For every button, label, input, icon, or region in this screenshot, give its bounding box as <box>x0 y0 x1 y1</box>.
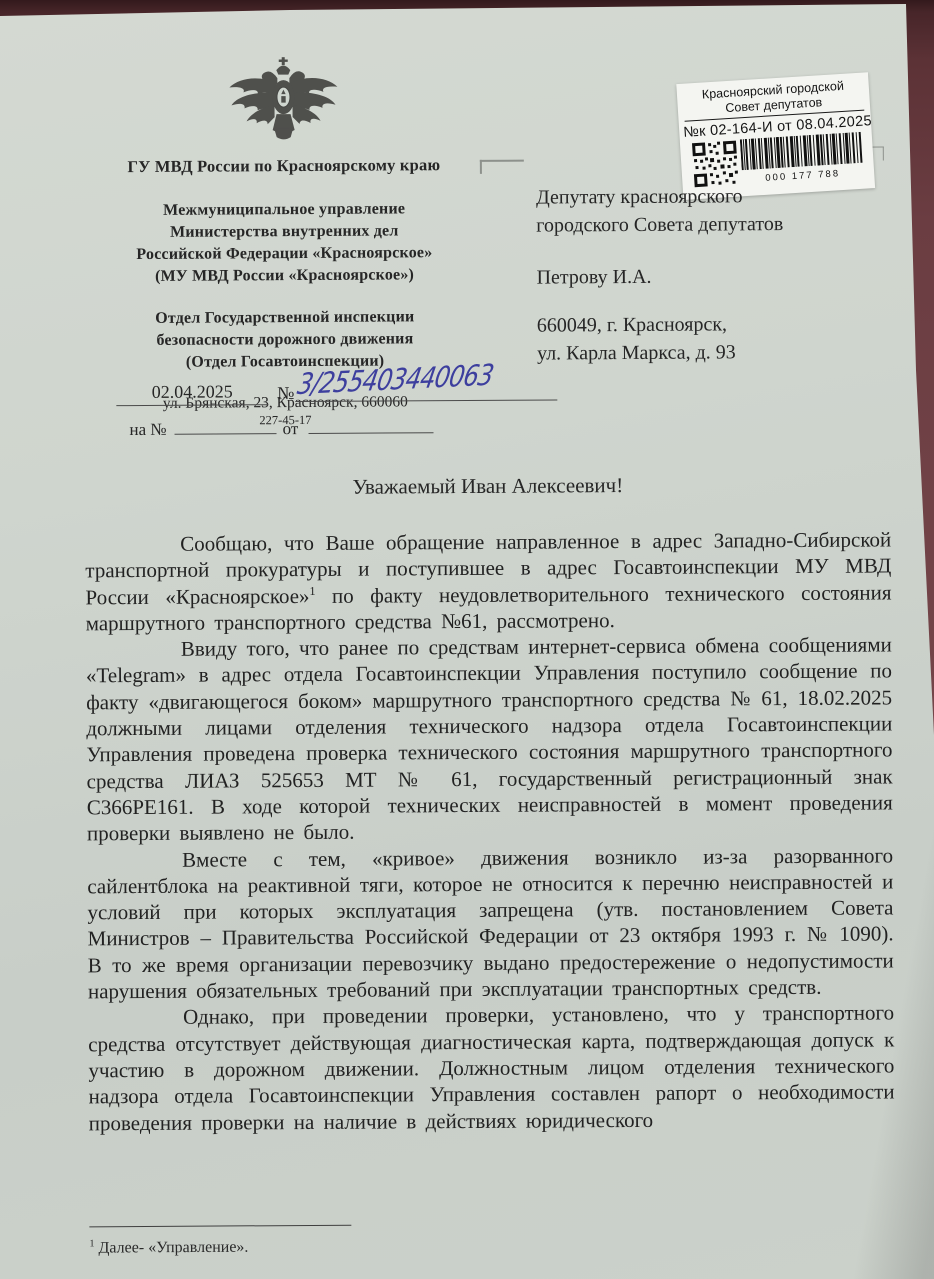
paragraph-2: Ввиду того, что ранее по средствам интер… <box>86 632 893 847</box>
org-name-block: Межмуниципальное управление Министерства… <box>58 198 511 289</box>
dept-line: безопасности дорожного движения <box>59 328 511 353</box>
org-line: Министерства внутренних дел <box>58 220 510 245</box>
date-number-row: 02.04.2025 № 3/255403440063 <box>99 380 519 417</box>
letter-body: Сообщаю, что Ваше обращение направленное… <box>85 526 895 1136</box>
recipient-address-line: 660049, г. Красноярск, <box>537 309 907 339</box>
org-name-main: ГУ МВД России по Красноярскому краю <box>58 155 510 178</box>
spacer <box>536 237 906 263</box>
recipient-title-line: городского Совета депутатов <box>536 209 906 239</box>
footnote-marker: 1 <box>89 1238 94 1249</box>
reference-row: на №от <box>129 416 509 440</box>
letter-content: ГУ МВД России по Красноярскому краю Межм… <box>0 0 934 1279</box>
recipient-title-line: Депутату красноярского <box>536 181 906 211</box>
handwritten-outgoing-number: 3/255403440063 <box>295 360 495 399</box>
footnote-divider <box>89 1225 351 1228</box>
recipient-address-line: ул. Карла Маркса, д. 93 <box>537 337 907 367</box>
org-line: (МУ МВД России «Красноярское») <box>58 264 510 289</box>
number-label: № <box>277 383 294 404</box>
photo-of-letter: { "colors":{ "paper":"#cfd5ce", "desk_ba… <box>0 0 934 1279</box>
recipient-name: Петрову И.А. <box>536 261 906 291</box>
letter-sheet: ГУ МВД России по Красноярскому краю Межм… <box>0 0 934 1279</box>
outgoing-number-blank: 3/255403440063 <box>295 367 557 402</box>
org-line: Российской Федерации «Красноярское» <box>58 242 510 267</box>
letter-date: 02.04.2025 <box>116 381 268 406</box>
org-line: Межмуниципальное управление <box>58 198 510 223</box>
recipient-block: Депутату красноярского городского Совета… <box>536 181 907 367</box>
dept-line: Отдел Государственной инспекции <box>59 306 511 331</box>
paragraph-3: Вместе с тем, «кривое» движения возникло… <box>87 842 894 1005</box>
reply-from-label: от <box>283 419 299 439</box>
blank-underline <box>308 416 433 434</box>
mvd-double-headed-eagle-icon <box>224 57 343 149</box>
salutation: Уважаемый Иван Алексеевич! <box>85 471 891 501</box>
footnote-text: Далее- «Управление». <box>98 1239 248 1257</box>
spacer <box>537 289 907 311</box>
footnote: 1 Далее- «Управление». <box>89 1237 248 1257</box>
corner-mark <box>480 160 524 174</box>
paragraph-4: Однако, при проведении проверки, установ… <box>88 1000 895 1136</box>
blank-underline <box>175 417 277 435</box>
reply-to-label: на № <box>129 420 166 440</box>
paragraph-1: Сообщаю, что Ваше обращение направленное… <box>85 526 892 636</box>
barcode: 000 177 788 <box>739 132 864 185</box>
